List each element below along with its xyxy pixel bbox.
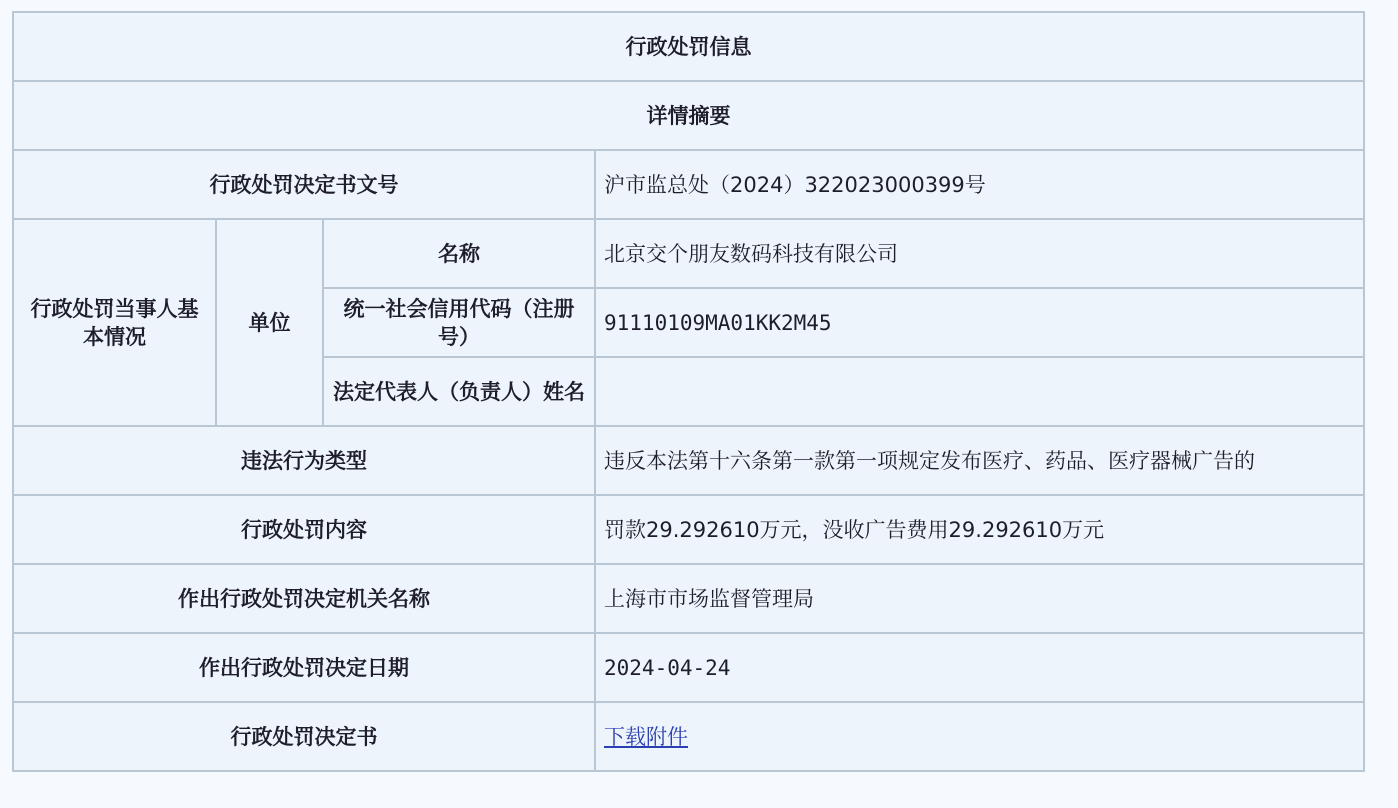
legal-rep-value (595, 357, 1364, 426)
violation-type-row: 违法行为类型 违反本法第十六条第一款第一项规定发布医疗、药品、医疗器械广告的 (13, 426, 1364, 495)
party-group-label-text: 行政处罚当事人基本情况 (31, 297, 199, 349)
penalty-content-label: 行政处罚内容 (13, 495, 595, 564)
party-name-label: 名称 (323, 219, 595, 288)
decision-doc-label: 行政处罚决定书 (13, 702, 595, 771)
decision-doc-row: 行政处罚决定书 下载附件 (13, 702, 1364, 771)
authority-row: 作出行政处罚决定机关名称 上海市市场监督管理局 (13, 564, 1364, 633)
credit-code-label: 统一社会信用代码（注册号） (323, 288, 595, 357)
decision-doc-cell: 下载附件 (595, 702, 1364, 771)
violation-type-label: 违法行为类型 (13, 426, 595, 495)
decision-no-value: 沪市监总处（2024）322023000399号 (595, 150, 1364, 219)
decision-no-label: 行政处罚决定书文号 (13, 150, 595, 219)
table-title: 行政处罚信息 (13, 12, 1364, 81)
violation-type-value: 违反本法第十六条第一款第一项规定发布医疗、药品、医疗器械广告的 (595, 426, 1364, 495)
party-group-label: 行政处罚当事人基本情况 (13, 219, 216, 426)
penalty-content-value: 罚款29.292610万元，没收广告费用29.292610万元 (595, 495, 1364, 564)
penalty-content-row: 行政处罚内容 罚款29.292610万元，没收广告费用29.292610万元 (13, 495, 1364, 564)
legal-rep-label: 法定代表人（负责人）姓名 (323, 357, 595, 426)
decision-date-row: 作出行政处罚决定日期 2024-04-24 (13, 633, 1364, 702)
table-subtitle: 详情摘要 (13, 81, 1364, 150)
subtitle-row: 详情摘要 (13, 81, 1364, 150)
party-type-label: 单位 (216, 219, 323, 426)
authority-label: 作出行政处罚决定机关名称 (13, 564, 595, 633)
title-row: 行政处罚信息 (13, 12, 1364, 81)
party-name-value: 北京交个朋友数码科技有限公司 (595, 219, 1364, 288)
decision-date-label: 作出行政处罚决定日期 (13, 633, 595, 702)
party-name-row: 行政处罚当事人基本情况 单位 名称 北京交个朋友数码科技有限公司 (13, 219, 1364, 288)
decision-no-row: 行政处罚决定书文号 沪市监总处（2024）322023000399号 (13, 150, 1364, 219)
penalty-info-table: 行政处罚信息 详情摘要 行政处罚决定书文号 沪市监总处（2024）3220230… (12, 11, 1365, 772)
decision-date-value: 2024-04-24 (595, 633, 1364, 702)
credit-code-value: 91110109MA01KK2M45 (595, 288, 1364, 357)
authority-value: 上海市市场监督管理局 (595, 564, 1364, 633)
download-attachment-link[interactable]: 下载附件 (604, 725, 688, 749)
